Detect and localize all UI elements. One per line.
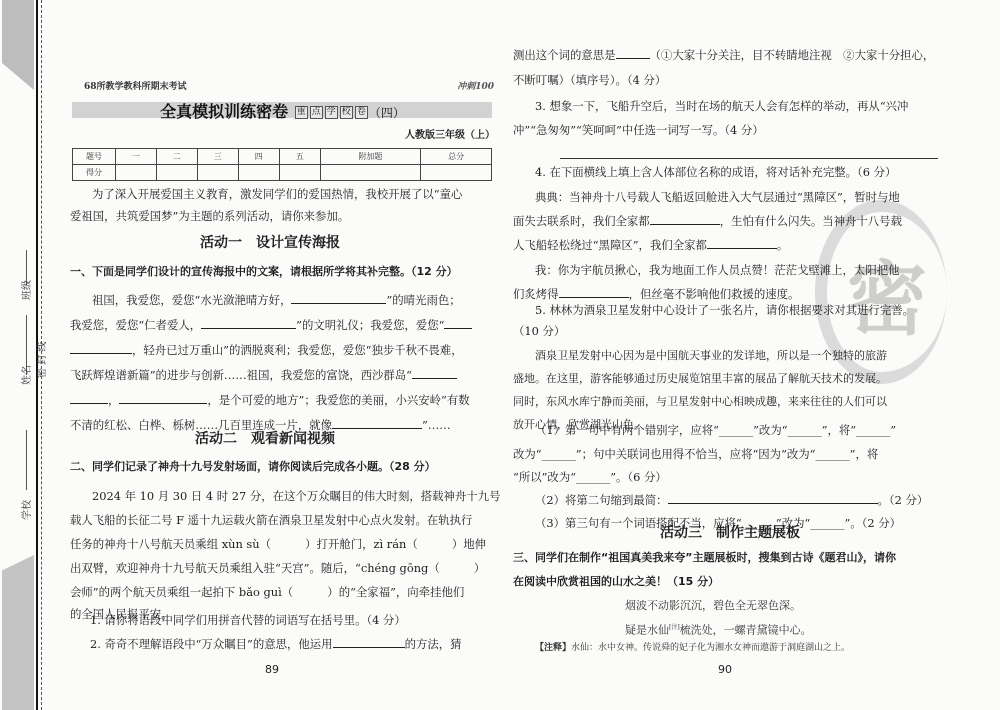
q4-blank[interactable] bbox=[650, 212, 720, 225]
q5-sub-1: （1）第一句中有两个错别字，应将“______”改为“______”，将“___… bbox=[535, 420, 896, 440]
score-input-cell[interactable] bbox=[116, 165, 157, 181]
q1-blank[interactable] bbox=[70, 341, 132, 354]
q2-passage-line: 会师”的两个航天员乘组一起拍下 bǎo guì（ ）的“全家福”，向牵挂他们 bbox=[70, 582, 464, 602]
q5-sub-1: “所以”改为“______”。（6 分） bbox=[513, 467, 667, 487]
score-cell: 五 bbox=[279, 149, 320, 165]
q1-text: ”…… bbox=[422, 418, 451, 432]
score-cell: 得分 bbox=[73, 165, 116, 181]
q2-sub-5-points: （10 分） bbox=[513, 321, 565, 341]
q1-text: 我爱您，爱您“仁者爱人， bbox=[70, 318, 201, 332]
q1-blank[interactable] bbox=[332, 416, 422, 429]
intro-line: 为了深入开展爱国主义教育，激发同学们的爱国热情，我校开展了以“童心 bbox=[92, 184, 462, 204]
q1-text: ，是个可爱的地方”；我爱您的美丽，小兴安岭“有数 bbox=[207, 393, 469, 407]
question-1-title: 一、下面是同学们设计的宣传海报中的文案，请根据所学将其补完整。（12 分） bbox=[70, 262, 458, 282]
q5-passage-line: 酒泉卫星发射中心因为是中国航天事业的发详地，所以是一个独特的旅游 bbox=[535, 346, 887, 366]
question-3-title: 三、同学们在制作“祖国真美我来夸”主题展板时，搜集到古诗《题君山》，请你 bbox=[513, 548, 896, 568]
q4-line: 我：你为宇航员揪心，我为地面工作人员点赞！茫茫戈壁滩上，太阳把他 bbox=[535, 260, 900, 280]
title-tag: 校 bbox=[340, 106, 353, 119]
question-2-title: 二、同学们记录了神舟十九号发射场面，请你阅读后完成各小题。（28 分） bbox=[70, 457, 436, 477]
q2-sub-3-answer-line[interactable] bbox=[560, 158, 938, 159]
score-input-cell[interactable] bbox=[238, 165, 279, 181]
score-input-cell[interactable] bbox=[156, 165, 197, 181]
binding-shade-bottom bbox=[2, 555, 34, 710]
exam-number: （四） bbox=[369, 106, 405, 120]
series-name: 68所教学教科所期末考试 bbox=[84, 79, 187, 92]
score-cell: 一 bbox=[116, 149, 157, 165]
q5-passage-line: 盛地。在这里，游客能够通过历史展览馆里丰富的展品了解航天技术的发展。 bbox=[513, 369, 887, 389]
q4-text: 面失去联系时，我们全家都 bbox=[513, 214, 650, 228]
q2-sub-1: 1. 请你将语段中同学们用拼音代替的词语写在括号里。（4 分） bbox=[90, 610, 406, 630]
exam-title: 全真模拟训练密卷 重点学校卷（四） bbox=[70, 99, 495, 122]
footnote-mark: [注] bbox=[669, 624, 680, 631]
q4-text: ，生怕有什么闪失。当神舟十八号载 bbox=[720, 214, 902, 228]
q4-text: 人飞船轻松绕过“黑障区”，我们全家都 bbox=[513, 238, 707, 252]
q2-sub-2: 2. 奇奇不理解语段中“万众瞩目”的意思，他运用的方法，猜 bbox=[90, 634, 462, 654]
q2-passage-line: 出双臂，欢迎神舟十九号航天员乘组入驻“天宫”。随后，“chéng gōng（ ） bbox=[70, 558, 485, 578]
q2-passage-line: 任务的神舟十八号航天员乘组 xùn sù（ ）打开舱门，zì rán（ ）地伸 bbox=[70, 534, 486, 554]
q4-text: 们炙烤得 bbox=[513, 287, 559, 301]
page-90: 密 测出这个词的意思是（①大家十分关注，目不转睛地注视 ②大家十分担心， 不断叮… bbox=[505, 0, 945, 710]
q4-text: ，但丝毫不影响他们救援的速度。 bbox=[629, 287, 800, 301]
q1-line: 祖国，我爱您，爱您“水光潋滟晴方好，”的晴光雨色； bbox=[92, 290, 461, 310]
q4-line: 人飞船轻松绕过“黑障区”，我们全家都。 bbox=[513, 235, 788, 255]
q4-blank[interactable] bbox=[559, 285, 629, 298]
poem-line-1: 烟波不动影沉沉，碧色全无翠色深。 bbox=[625, 596, 801, 616]
q1-line: 飞跃辉煌谱新篇”的进步与创新……祖国，我爱您的富饶，西沙群岛“ bbox=[70, 365, 457, 385]
q4-line: 面失去联系时，我们全家都，生怕有什么闪失。当神舟十八号载 bbox=[513, 211, 902, 231]
class-label: 班级 bbox=[18, 280, 33, 300]
q4-line: 典典：当神舟十八号载人飞船返回舱进入大气层通过“黑障区”，暂时与地 bbox=[535, 187, 900, 207]
q4-text: 。 bbox=[777, 238, 788, 252]
score-cell: 二 bbox=[156, 149, 197, 165]
title-tag: 重 bbox=[295, 106, 308, 119]
q1-blank[interactable] bbox=[412, 366, 457, 379]
score-cell: 题号 bbox=[73, 149, 116, 165]
q5-sub-1: 改为“______”；句中关联词也用得不恰当，应将“因为”改为“______”，… bbox=[513, 444, 878, 464]
page-number: 90 bbox=[718, 663, 732, 676]
q2-passage-line: 2024 年 10 月 30 日 4 时 27 分，在这个万众瞩目的伟大时刻，搭… bbox=[92, 486, 500, 506]
annotation-text: 水仙：水中女神。传说舜的妃子化为湘水女神而遨游于洞庭湖山之上。 bbox=[571, 643, 850, 653]
score-table-header-row: 题号 一 二 三 四 五 附加题 总分 bbox=[73, 149, 492, 165]
poem-line-2: 疑是水仙[注]梳洗处，一螺青黛镜中心。 bbox=[625, 618, 812, 641]
score-input-cell[interactable] bbox=[197, 165, 238, 181]
title-tag: 学 bbox=[325, 106, 338, 119]
binding-margin: 班级 姓名 密 封 线 学校 bbox=[0, 0, 60, 710]
page-89: 68所教学教科所期末考试 冲刺100 全真模拟训练密卷 重点学校卷（四） 人教版… bbox=[70, 0, 495, 710]
score-input-cell[interactable] bbox=[320, 165, 421, 181]
q5-sub-2-text: 。（2 分） bbox=[878, 493, 929, 507]
seal-line-text: 密 封 线 bbox=[33, 342, 48, 378]
title-tag: 卷 bbox=[355, 106, 368, 119]
q2-cont-text: 测出这个词的意思是 bbox=[513, 48, 616, 62]
q1-blank[interactable] bbox=[119, 391, 207, 404]
activity-2-title: 活动二 观看新闻视频 bbox=[195, 428, 335, 448]
q4-blank[interactable] bbox=[707, 236, 777, 249]
q1-text: ”的文明礼仪；我爱您，爱您“ bbox=[296, 318, 444, 332]
q1-text: ”的晴光雨色； bbox=[386, 293, 460, 307]
q2-sub-4-title: 4. 在下面横线上填上含人体部位名称的成语，将对话补充完整。（6 分） bbox=[535, 162, 896, 182]
q2-sub-5-title: 5. 林林为酒泉卫星发射中心设计了一张名片，请你根据要求对其进行完善。 bbox=[535, 300, 914, 320]
q2-cont-text: （①大家十分关注，目不转睛地注视 ②大家十分担心， bbox=[650, 48, 935, 62]
exam-title-main: 全真模拟训练密卷 bbox=[160, 102, 288, 121]
score-table: 题号 一 二 三 四 五 附加题 总分 得分 bbox=[72, 148, 492, 181]
score-table-score-row: 得分 bbox=[73, 165, 492, 181]
question-3-title: 在阅读中欣赏祖国的山水之美！（15 分） bbox=[513, 572, 719, 592]
q1-line: ，，是个可爱的地方”；我爱您的美丽，小兴安岭“有数 bbox=[70, 390, 470, 410]
score-input-cell[interactable] bbox=[279, 165, 320, 181]
binding-shade-top bbox=[2, 0, 34, 90]
q2-sub-3: 冲”“急匆匆”“笑呵呵”中任选一词写一写。（4 分） bbox=[513, 120, 764, 140]
q1-line: ，轻舟已过万重山”的洒脱爽利；我爱您，爱您“独步千秋不畏难， bbox=[70, 340, 463, 360]
page-number: 89 bbox=[265, 663, 279, 676]
score-cell: 四 bbox=[238, 149, 279, 165]
annotation-label: 【注释】 bbox=[535, 643, 571, 653]
intro-line: 爱祖国，共筑爱国梦”为主题的系列活动，请你来参加。 bbox=[70, 206, 349, 226]
q2-sub-2-text: 2. 奇奇不理解语段中“万众瞩目”的意思，他运用 bbox=[90, 637, 333, 651]
name-label: 姓名 bbox=[18, 365, 33, 385]
q2-sub-3: 3. 想象一下，飞船升空后，当时在场的航天人会有怎样的举动，再从“兴冲 bbox=[535, 96, 908, 116]
q2-sub-2-continued: 不断叮嘱）（填序号）。（4 分） bbox=[513, 70, 666, 90]
school-label: 学校 bbox=[18, 500, 33, 520]
activity-1-title: 活动一 设计宣传海报 bbox=[200, 232, 340, 252]
school-write-line bbox=[26, 430, 27, 490]
q1-blank[interactable] bbox=[291, 291, 386, 304]
score-input-cell[interactable] bbox=[421, 165, 492, 181]
q5-sub-2-text: （2）将第二句缩到最简： bbox=[535, 493, 668, 507]
score-cell: 三 bbox=[197, 149, 238, 165]
score-cell: 附加题 bbox=[320, 149, 421, 165]
score-cell: 总分 bbox=[421, 149, 492, 165]
q1-line: 我爱您，爱您“仁者爱人，”的文明礼仪；我爱您，爱您“ bbox=[70, 315, 472, 335]
title-tag: 点 bbox=[310, 106, 323, 119]
q1-blank[interactable] bbox=[70, 391, 108, 404]
activity-3-title: 活动三 制作主题展板 bbox=[660, 522, 800, 542]
annotation: 【注释】水仙：水中女神。传说舜的妃子化为湘水女神而遨游于洞庭湖山之上。 bbox=[535, 640, 850, 653]
q2-sub-2-blank[interactable] bbox=[333, 635, 405, 648]
q1-blank[interactable] bbox=[201, 316, 296, 329]
edition-label: 人教版三年级（上） bbox=[405, 126, 495, 141]
q2-sub-2-text: 的方法，猜 bbox=[405, 637, 462, 651]
q1-text: 祖国，我爱您，爱您“水光潋滟晴方好， bbox=[92, 293, 291, 307]
q1-text: ，轻舟已过万重山”的洒脱爽利；我爱您，爱您“独步千秋不畏难， bbox=[132, 343, 463, 357]
poem-text: 梳洗处，一螺青黛镜中心。 bbox=[680, 624, 812, 637]
q1-text: 飞跃辉煌谱新篇”的进步与创新……祖国，我爱您的富饶，西沙群岛“ bbox=[70, 368, 412, 382]
q2-sub-2-continued: 测出这个词的意思是（①大家十分关注，目不转睛地注视 ②大家十分担心， bbox=[513, 45, 934, 65]
q1-blank[interactable] bbox=[444, 316, 472, 329]
q5-sub-2: （2）将第二句缩到最简：。（2 分） bbox=[535, 490, 928, 510]
q2-sub-2-answer-blank[interactable] bbox=[616, 46, 650, 59]
poem-text: 疑是水仙 bbox=[625, 624, 669, 637]
series-brand: 冲刺100 bbox=[457, 79, 494, 92]
q5-passage-line: 同时，东风水库宁静而美丽，与卫星发射中心相映成趣，来来往往的人们可以 bbox=[513, 392, 887, 412]
q5-sub-2-blank[interactable] bbox=[668, 491, 878, 504]
q2-passage-line: 载人飞船的长征二号 F 遥十九运载火箭在酒泉卫星发射中心点火发射。在轨执行 bbox=[70, 510, 472, 530]
